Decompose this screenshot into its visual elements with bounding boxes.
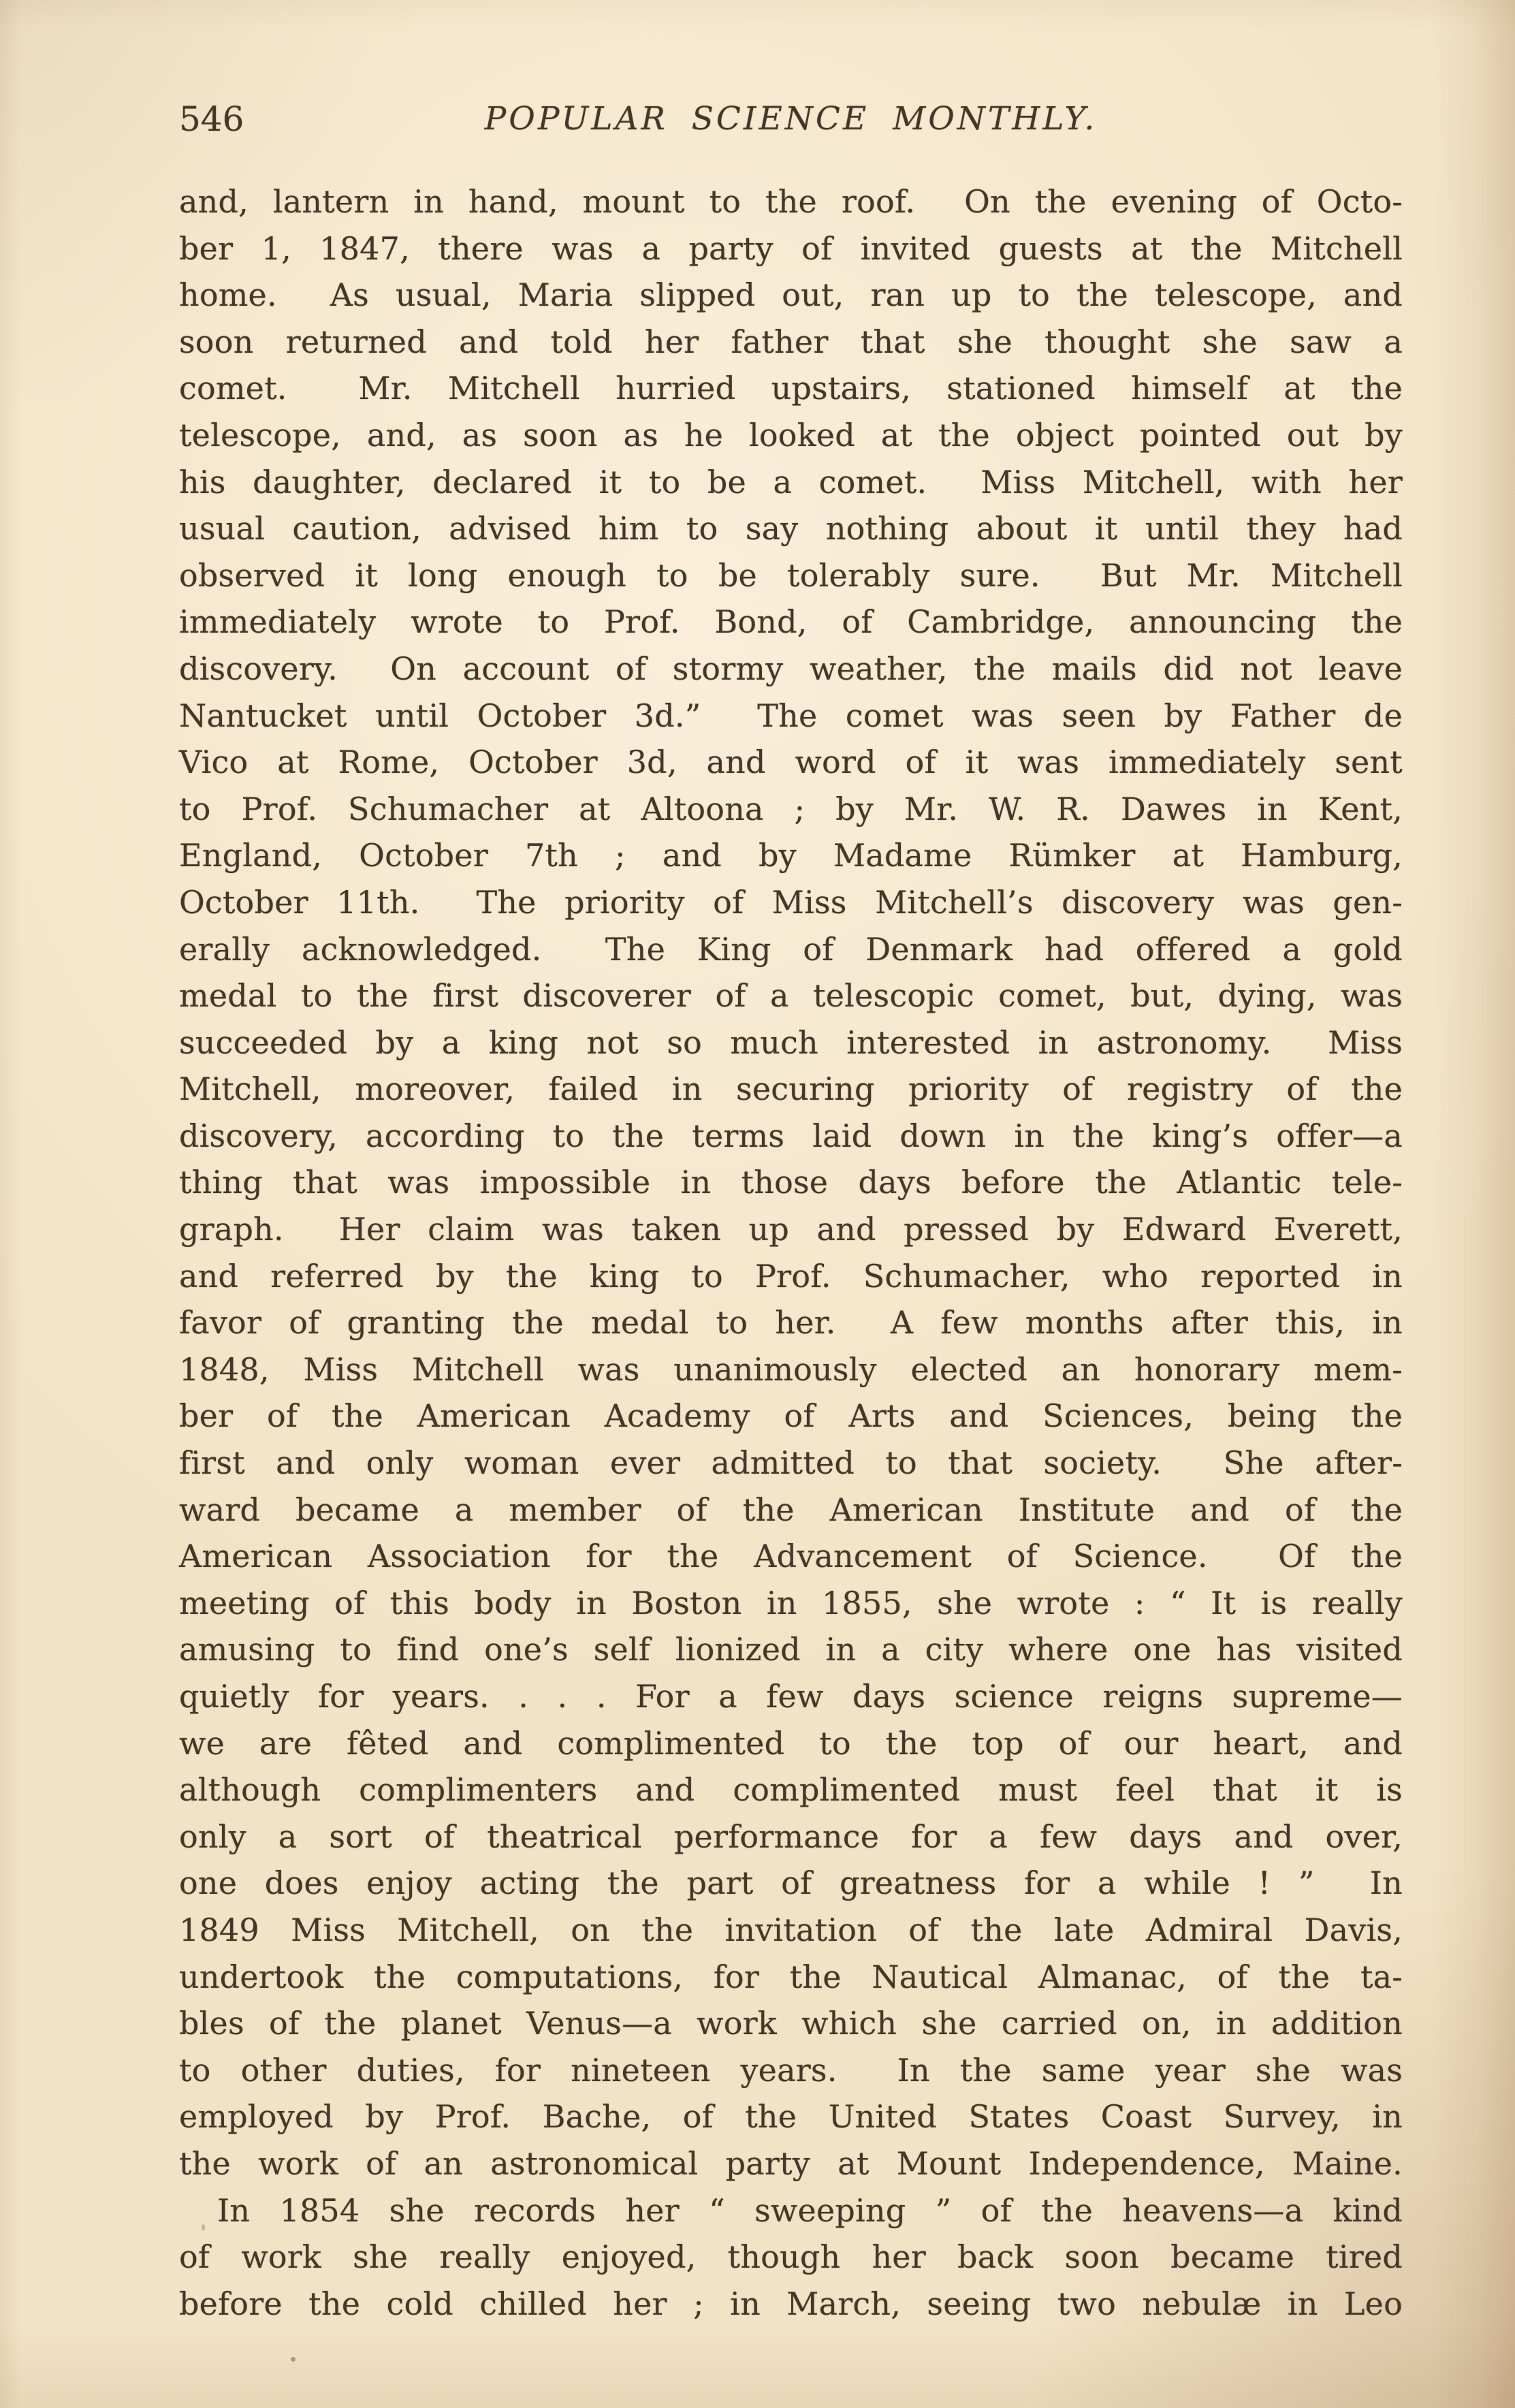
text-line: discovery, according to the terms laid d…	[179, 1113, 1403, 1160]
text-line: to Prof. Schumacher at Altoona ; by Mr. …	[179, 786, 1403, 833]
text-line: graph. Her claim was taken up and presse…	[179, 1206, 1403, 1253]
text-line: Mitchell, moreover, failed in securing p…	[179, 1066, 1403, 1113]
text-line: one does enjoy acting the part of greatn…	[179, 1860, 1403, 1907]
text-line: medal to the first discoverer of a teles…	[179, 972, 1403, 1019]
text-line: Nantucket until October 3d.” The comet w…	[179, 693, 1403, 740]
text-line: discovery. On account of stormy weather,…	[179, 646, 1403, 693]
text-line: soon returned and told her father that s…	[179, 319, 1403, 366]
text-line: we are fêted and complimented to the top…	[179, 1720, 1403, 1767]
text-line: thing that was impossible in those days …	[179, 1159, 1403, 1206]
text-line: telescope, and, as soon as he looked at …	[179, 412, 1403, 459]
text-line: meeting of this body in Boston in 1855, …	[179, 1580, 1403, 1627]
text-line: October 11th. The priority of Miss Mitch…	[179, 879, 1403, 926]
page-body: and, lantern in hand, mount to the roof.…	[179, 178, 1403, 2327]
text-line: usual caution, advised him to say nothin…	[179, 505, 1403, 552]
text-line: In 1854 she records her “ sweeping ” of …	[179, 2187, 1403, 2234]
text-line: his daughter, declared it to be a comet.…	[179, 459, 1403, 506]
text-line: ward became a member of the American Ins…	[179, 1487, 1403, 1534]
text-line: to other duties, for nineteen years. In …	[179, 2047, 1403, 2094]
text-line: amusing to find one’s self lionized in a…	[179, 1626, 1403, 1673]
scanned-page: 546 POPULAR SCIENCE MONTHLY. and, lanter…	[0, 0, 1515, 2408]
text-line: comet. Mr. Mitchell hurried upstairs, st…	[179, 365, 1403, 412]
text-line: American Association for the Advancement…	[179, 1533, 1403, 1580]
text-line: and referred by the king to Prof. Schuma…	[179, 1253, 1403, 1300]
text-line: and, lantern in hand, mount to the roof.…	[179, 178, 1403, 225]
text-line: of work she really enjoyed, though her b…	[179, 2234, 1403, 2281]
text-line: ber 1, 1847, there was a party of invite…	[179, 225, 1403, 272]
text-line: erally acknowledged. The King of Denmark…	[179, 926, 1403, 973]
text-line: 1849 Miss Mitchell, on the invitation of…	[179, 1907, 1403, 1954]
text-line: Vico at Rome, October 3d, and word of it…	[179, 739, 1403, 786]
text-line: although complimenters and complimented …	[179, 1767, 1403, 1813]
text-line: quietly for years. . . . For a few days …	[179, 1673, 1403, 1720]
text-line: 1848, Miss Mitchell was unanimously elec…	[179, 1346, 1403, 1393]
text-line: only a sort of theatrical performance fo…	[179, 1813, 1403, 1860]
text-line: England, October 7th ; and by Madame Rüm…	[179, 832, 1403, 879]
text-line: the work of an astronomical party at Mou…	[179, 2140, 1403, 2187]
scan-speck	[202, 2224, 205, 2231]
text-line: favor of granting the medal to her. A fe…	[179, 1299, 1403, 1346]
text-line: first and only woman ever admitted to th…	[179, 1440, 1403, 1487]
text-line: bles of the planet Venus—a work which sh…	[179, 2000, 1403, 2047]
text-line: ber of the American Academy of Arts and …	[179, 1393, 1403, 1440]
text-line: before the cold chilled her ; in March, …	[179, 2281, 1403, 2328]
page-header: 546 POPULAR SCIENCE MONTHLY.	[179, 99, 1403, 153]
text-line: employed by Prof. Bache, of the United S…	[179, 2093, 1403, 2140]
text-line: undertook the computations, for the Naut…	[179, 1954, 1403, 2001]
journal-title: POPULAR SCIENCE MONTHLY.	[179, 99, 1403, 140]
text-line: immediately wrote to Prof. Bond, of Camb…	[179, 599, 1403, 646]
text-line: home. As usual, Maria slipped out, ran u…	[179, 272, 1403, 319]
text-line: succeeded by a king not so much interest…	[179, 1019, 1403, 1066]
text-line: observed it long enough to be tolerably …	[179, 552, 1403, 599]
scan-speck	[291, 2357, 296, 2362]
